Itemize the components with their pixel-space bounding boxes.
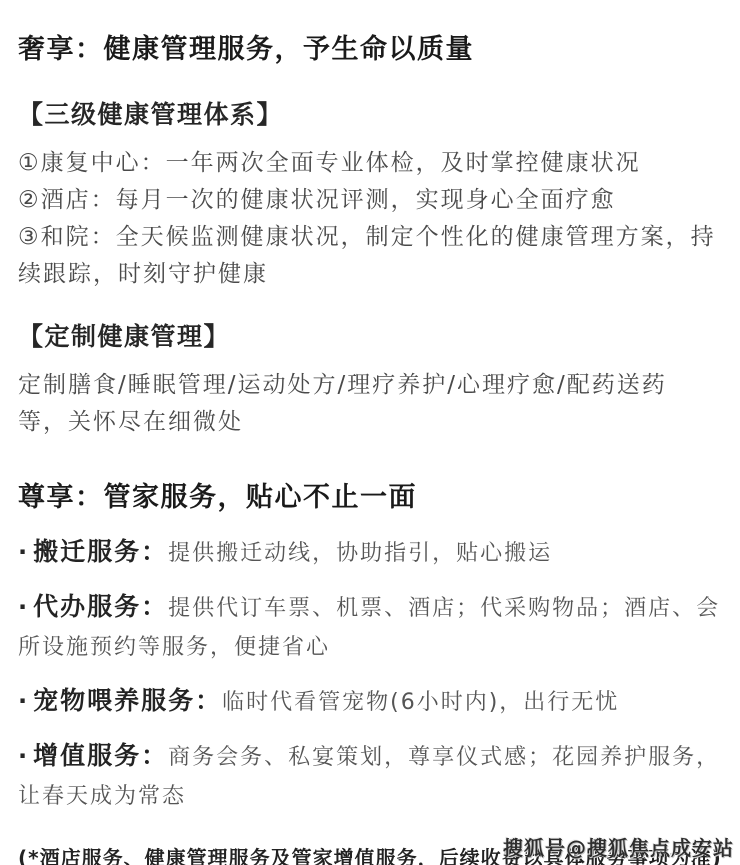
custom-health-heading: 【定制健康管理】 <box>18 321 724 353</box>
service-label: 宠物喂养服务： <box>33 686 222 715</box>
bullet-dot-icon: · <box>18 593 27 621</box>
service-description: 提供搬迁动线，协助指引，贴心搬运 <box>168 541 552 566</box>
sohu-watermark: 搜狐号@搜狐焦点成安站 <box>503 832 734 861</box>
bullet-dot-icon: · <box>18 687 27 715</box>
bullet-dot-icon: · <box>18 538 27 566</box>
health-system-item-2: ②酒店：每月一次的健康状况评测，实现身心全面疗愈 <box>18 182 724 219</box>
health-section-title: 奢享：健康管理服务，予生命以质量 <box>18 33 724 67</box>
service-item-errand: ·代办服务：提供代订车票、机票、酒店；代采购物品；酒店、会所设施预约等服务，便捷… <box>18 588 724 668</box>
service-label: 代办服务： <box>33 592 168 621</box>
service-label: 增值服务： <box>33 741 168 770</box>
custom-health-body: 定制膳食/睡眠管理/运动处方/理疗养护/心理疗愈/配药送药等，关怀尽在细微处 <box>18 367 694 441</box>
health-system-item-3: ③和院：全天候监测健康状况，制定个性化的健康管理方案，持续跟踪，时刻守护健康 <box>18 219 724 293</box>
health-system-item-1: ①康复中心：一年两次全面专业体检，及时掌控健康状况 <box>18 145 724 182</box>
service-item-pet-care: ·宠物喂养服务：临时代看管宠物(6小时内)，出行无忧 <box>18 682 724 723</box>
butler-section-title: 尊享：管家服务，贴心不止一面 <box>18 481 724 515</box>
bullet-dot-icon: · <box>18 742 27 770</box>
service-label: 搬迁服务： <box>33 537 168 566</box>
document-page: 奢享：健康管理服务，予生命以质量 【三级健康管理体系】 ①康复中心：一年两次全面… <box>0 0 740 865</box>
service-item-value-added: ·增值服务：商务会务、私宴策划，尊享仪式感；花园养护服务，让春天成为常态 <box>18 737 724 817</box>
health-system-heading: 【三级健康管理体系】 <box>18 99 724 131</box>
service-description: 临时代看管宠物(6小时内)，出行无忧 <box>222 690 619 715</box>
service-item-relocation: ·搬迁服务：提供搬迁动线，协助指引，贴心搬运 <box>18 533 724 574</box>
